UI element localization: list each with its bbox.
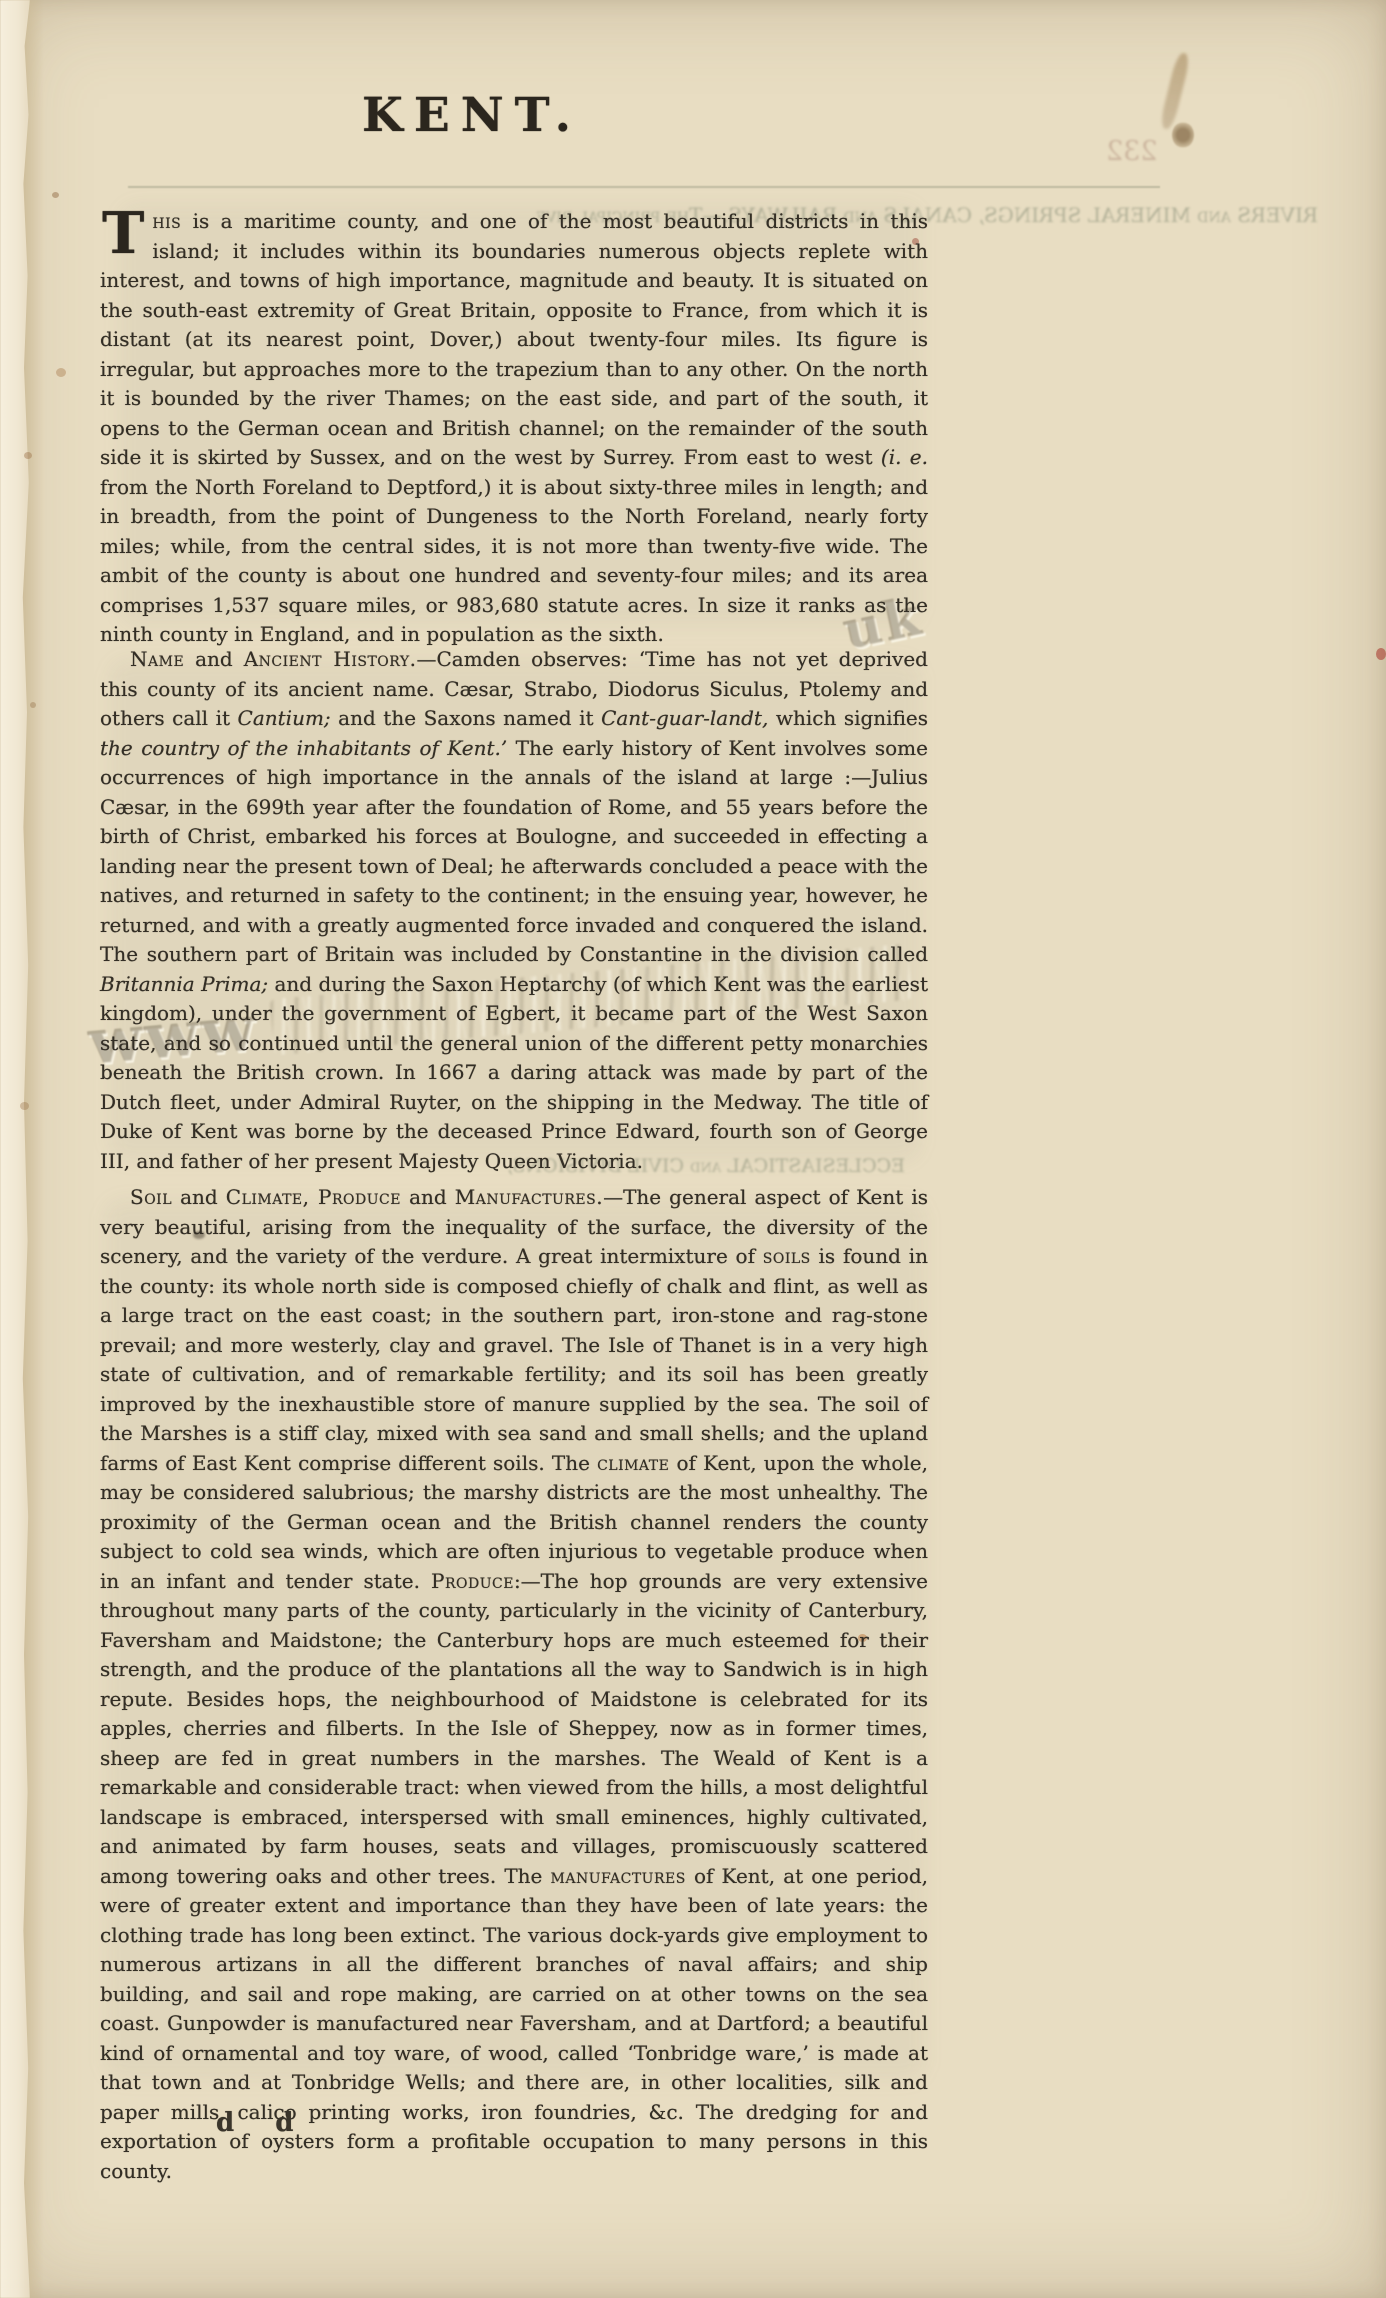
text-segment: Name xyxy=(130,647,184,671)
paragraph-name-and-ancient-history: Name and Ancient History.—Camden observe… xyxy=(100,645,928,1176)
text-segment: manufactures xyxy=(551,1864,686,1888)
paragraph-introduction: This is a maritime county, and one of th… xyxy=(100,207,928,650)
text-segment: his xyxy=(152,209,181,233)
header-rule xyxy=(128,186,1160,188)
fox-spot xyxy=(20,1102,29,1110)
fox-spot xyxy=(30,702,36,708)
text-segment: The early history of Kent involves some … xyxy=(100,736,928,967)
text-segment: Soil xyxy=(130,1185,172,1209)
text-segment: and during the Saxon Heptarchy (of which… xyxy=(100,972,928,1173)
text-segment: Britannia Prima; xyxy=(100,972,268,996)
ink-stain-blob xyxy=(1172,122,1194,148)
text-segment: and the Saxons named it xyxy=(331,706,601,730)
red-edge-mark xyxy=(1376,648,1386,660)
fox-spot xyxy=(24,452,32,459)
signature-mark: d d xyxy=(216,2108,309,2138)
text-segment: (i. e. xyxy=(881,445,928,469)
text-segment: and xyxy=(401,1185,455,1209)
text-segment: which signifies xyxy=(768,706,928,730)
text-segment: :—The hop grounds are very extensive thr… xyxy=(100,1569,928,1888)
text-segment: from the North Foreland to Deptford,) it… xyxy=(100,475,928,647)
text-segment: and xyxy=(172,1185,226,1209)
scanned-book-page: RIVERS and MINERAL SPRINGS, CANALS and R… xyxy=(0,0,1386,2298)
page-title: KENT. xyxy=(362,88,582,143)
text-segment: the country of the inhabitants of Kent.’ xyxy=(100,736,507,760)
text-segment: is found in the county: its whole north … xyxy=(100,1244,928,1475)
text-segment: Manufactures. xyxy=(455,1185,603,1209)
text-segment: is a maritime county, and one of the mos… xyxy=(100,209,928,469)
text-segment: Ancient History. xyxy=(244,647,417,671)
text-segment: Cantium; xyxy=(238,706,331,730)
drop-cap: T xyxy=(100,207,152,257)
text-segment: Climate, Produce xyxy=(226,1185,401,1209)
text-segment: Produce xyxy=(431,1569,514,1593)
page-title-row: KENT. xyxy=(58,88,886,143)
text-segment: Cant-guar-landt, xyxy=(601,706,768,730)
text-segment: and xyxy=(184,647,244,671)
paragraph-soil-climate-produce-manufactures: Soil and Climate, Produce and Manufactur… xyxy=(100,1183,928,2186)
text-segment: soils xyxy=(763,1244,811,1268)
show-through-page-number: 232 xyxy=(1106,136,1158,167)
fox-spot xyxy=(52,192,59,198)
text-segment: climate xyxy=(597,1451,669,1475)
ink-stain-streak xyxy=(1159,51,1191,130)
fox-spot xyxy=(56,368,66,377)
